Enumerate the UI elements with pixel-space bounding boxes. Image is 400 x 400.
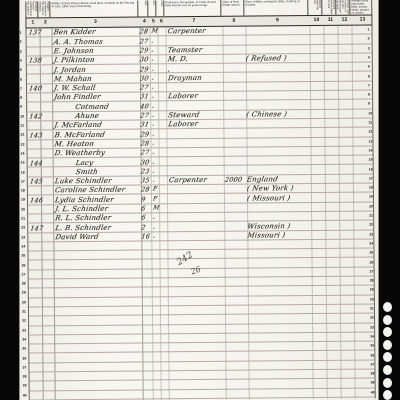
film-edge-mark	[383, 390, 392, 400]
header-col-1: Dwelling houses numbered in the order of…	[25, 1, 38, 17]
film-edge-mark	[383, 315, 392, 325]
line-number-left: 4	[20, 58, 22, 62]
line-number-right: 33	[370, 325, 374, 329]
dwelling-number: 138	[28, 57, 42, 65]
age-value: 29	[140, 130, 150, 138]
sex-value: ,	[152, 102, 155, 109]
person-name: J. Pilkinton	[53, 56, 95, 64]
age-value: 27	[139, 84, 149, 92]
line-number-right: 23	[369, 232, 373, 236]
dwelling-number: 145	[29, 178, 43, 186]
line-number-left: 11	[20, 124, 24, 128]
person-name: Ahune	[75, 112, 100, 120]
line-number-left: 19	[21, 198, 25, 202]
sex-value: ,	[151, 84, 154, 91]
line-number-left: 37	[22, 365, 26, 369]
line-number-left: 13	[20, 142, 24, 146]
sex-value: ,	[151, 65, 154, 72]
occupation-value: Teamster	[167, 46, 203, 54]
line-number-left: 30	[22, 300, 26, 304]
film-edge-mark	[383, 352, 392, 362]
sex-value: ,	[151, 37, 154, 44]
annotation-number-2: 26	[189, 265, 202, 277]
line-number-left: 20	[21, 207, 25, 211]
line-number-right: 34	[370, 334, 374, 338]
occupation-value: Drayman	[167, 74, 202, 82]
person-name: Ben Kidder	[53, 28, 96, 36]
line-number-left: 32	[22, 319, 26, 323]
birthplace-value: ( Chinese )	[246, 110, 288, 118]
census-row	[30, 388, 376, 400]
sex-value: ,	[152, 111, 155, 118]
person-name: Lacy	[75, 159, 94, 167]
age-value: 6	[140, 214, 146, 222]
person-name: Caroline Schindler	[54, 186, 126, 195]
line-number-left: 35	[22, 347, 26, 351]
census-page: Dwelling houses numbered in the order of…	[20, 0, 378, 400]
person-name: J. L. Schindler	[54, 205, 108, 213]
line-number-left: 9	[20, 105, 22, 109]
birthplace-value: England	[246, 176, 278, 184]
column-number-2: 2	[39, 19, 51, 25]
line-number-left: 34	[22, 337, 26, 341]
sex-value: ,	[153, 232, 156, 239]
line-number-left: 12	[20, 133, 24, 137]
line-number-right: 24	[369, 241, 373, 245]
line-number-right: 13	[368, 139, 372, 143]
line-number-left: 21	[21, 217, 25, 221]
header-col-8: Value of Real Estate owned.	[221, 0, 244, 16]
age-value: 30	[139, 56, 149, 64]
scan-border-right	[378, 0, 400, 400]
line-number-right: 10	[368, 111, 372, 115]
age-value: 31	[139, 93, 149, 101]
header-col-6: Color.	[156, 0, 164, 16]
line-number-right: 29	[370, 288, 374, 292]
dwelling-number: 147	[29, 224, 43, 232]
form-sheet: Dwelling houses numbered in the order of…	[25, 0, 375, 400]
person-name: Cotmand	[75, 103, 110, 111]
birthplace-value: ( New York )	[246, 185, 294, 193]
column-number-7: 7	[165, 18, 222, 24]
column-number-13: 13	[351, 16, 373, 22]
line-number-right: 36	[370, 353, 374, 357]
header-col-7: Profession, Occupation, or Trade of each…	[164, 0, 221, 16]
line-number-left: 38	[23, 375, 27, 379]
dwelling-number: 142	[28, 112, 42, 120]
line-number-left: 14	[21, 151, 25, 155]
person-name: B. McFarland	[54, 131, 106, 139]
line-number-right: 25	[369, 251, 373, 255]
header-col-4: Age.	[138, 0, 148, 16]
age-value: 30	[139, 74, 149, 82]
occupation-value: ,	[167, 65, 171, 73]
line-number-right: 11	[368, 120, 372, 124]
header-col-3: NAME of every Person whose usual place o…	[50, 1, 138, 18]
column-number-6: 6	[157, 18, 165, 24]
film-edge-mark	[383, 327, 392, 337]
line-number-right: 3	[368, 46, 370, 50]
line-number-right: 22	[369, 223, 373, 227]
line-number-left: 31	[22, 310, 26, 314]
line-number-left: 6	[20, 77, 22, 81]
line-number-left: 10	[20, 114, 24, 118]
film-edge-mark	[383, 302, 392, 312]
sex-value: ,	[152, 139, 155, 146]
age-value: 29	[139, 65, 149, 73]
dwelling-number: 140	[28, 85, 42, 93]
dwelling-number: 146	[29, 196, 43, 204]
sex-value: M	[152, 204, 160, 211]
sex-value: ,	[152, 130, 155, 137]
occupation-value: Carpenter	[168, 176, 207, 184]
line-number-right: 37	[370, 362, 374, 366]
person-name: M. Mahan	[53, 75, 92, 83]
form-grid: 137Ben Kidder28MCarpenterA. A. Thomas27,…	[25, 25, 375, 400]
column-number-5: 5	[149, 18, 157, 24]
occupation-value: Carpenter	[167, 27, 206, 35]
line-number-left: 36	[22, 356, 26, 360]
person-name: E. Johnson	[53, 47, 94, 55]
age-value: 23	[140, 167, 150, 175]
real-estate-value: 2000	[224, 176, 243, 184]
line-number-right: 19	[369, 195, 373, 199]
line-number-right: 5	[368, 65, 370, 69]
birthplace-value: Wisconsin )	[247, 222, 291, 230]
annotation-number: 242	[175, 250, 195, 268]
line-number-left: 2	[20, 40, 22, 44]
age-value: 16	[141, 232, 151, 240]
column-number-8: 8	[222, 18, 245, 24]
page-tilt-wrapper: Dwelling houses numbered in the order of…	[18, 0, 379, 400]
sex-value: ,	[151, 56, 154, 63]
age-value: 40	[140, 102, 150, 110]
line-number-left: 3	[20, 49, 22, 53]
person-name: R. L. Schindler	[54, 214, 111, 223]
line-number-left: 23	[21, 235, 25, 239]
line-number-right: 14	[369, 148, 373, 152]
occupation-value: Steward	[168, 111, 200, 119]
sex-value: F	[152, 186, 158, 193]
line-number-right: 1	[368, 28, 370, 32]
line-number-right: 2	[368, 37, 370, 41]
person-name: Smith	[75, 168, 98, 176]
header-col-2: Families numbered in the order of visita…	[38, 1, 50, 17]
line-number-right: 16	[369, 167, 373, 171]
film-edge-mark	[383, 340, 392, 350]
column-number-10: 10	[309, 17, 323, 23]
line-number-left: 27	[22, 272, 26, 276]
person-name: Luke Schindler	[54, 177, 112, 186]
header-col-9: Place of Birth, naming the State, Territ…	[244, 0, 308, 16]
occupation-value: Laborer	[168, 120, 199, 128]
person-name: J. McFarland	[54, 121, 103, 129]
person-name: M. Heaton	[54, 140, 95, 148]
line-number-left: 28	[22, 282, 26, 286]
line-number-left: 29	[22, 291, 26, 295]
line-number-right: 8	[368, 93, 370, 97]
age-value: 2	[141, 223, 147, 231]
line-number-right: 35	[370, 344, 374, 348]
handwritten-annotation: 242 26	[168, 252, 228, 293]
person-name: J. W. Schall	[53, 84, 96, 92]
person-name: D. Weatherby	[54, 149, 106, 157]
column-number-9: 9	[245, 17, 309, 24]
person-name: L. B. Schindler	[55, 223, 112, 231]
age-value: 28	[139, 28, 149, 36]
age-value: 29	[139, 46, 149, 54]
age-value: 28	[140, 139, 150, 147]
line-number-right: 15	[369, 158, 373, 162]
film-edge-mark	[383, 365, 392, 375]
line-number-left: 7	[20, 86, 22, 90]
line-number-left: 24	[21, 244, 25, 248]
age-value: 31	[140, 121, 150, 129]
column-number-12: 12	[337, 17, 351, 23]
birthplace-value: Missouri )	[247, 231, 286, 239]
film-edge-mark	[383, 378, 392, 388]
scan-border-left	[0, 0, 20, 400]
sex-value: ,	[153, 223, 156, 230]
line-number-left: 22	[21, 226, 25, 230]
line-number-left: 17	[21, 179, 25, 183]
column-number-11: 11	[323, 17, 337, 23]
sex-value: ,	[151, 74, 154, 81]
line-number-left: 40	[23, 393, 27, 397]
sex-value: ,	[152, 93, 155, 100]
sex-value: M	[151, 28, 159, 35]
age-value: 27	[140, 112, 150, 120]
age-value: 28	[140, 186, 150, 194]
line-number-left: 15	[21, 161, 25, 165]
line-number-right: 4	[368, 55, 370, 59]
line-number-left: 1	[20, 31, 22, 35]
line-number-right: 7	[368, 83, 370, 87]
sex-value: F	[152, 195, 158, 202]
line-number-left: 33	[22, 328, 26, 332]
person-name: A. A. Thomas	[53, 38, 104, 46]
person-name: J. Jordan	[53, 66, 86, 74]
person-name: John Findler	[53, 93, 101, 101]
line-number-right: 32	[370, 316, 374, 320]
column-number-3: 3	[51, 19, 139, 26]
sex-value: ,	[153, 214, 156, 221]
line-number-right: 38	[371, 372, 375, 376]
person-name: Lydia Schindler	[54, 196, 114, 205]
sex-value: ,	[151, 46, 154, 53]
age-value: 35	[140, 177, 150, 185]
occupation-value: M. D.	[167, 55, 189, 63]
header-col-5: Sex.	[148, 0, 156, 16]
line-number-right: 17	[369, 176, 373, 180]
dwelling-number: 137	[27, 29, 41, 37]
line-number-right: 39	[371, 381, 375, 385]
line-number-right: 31	[370, 306, 374, 310]
header-col-10: Married within the year.	[308, 0, 322, 15]
age-value: 9	[140, 195, 146, 203]
birthplace-value: ( Refused )	[245, 55, 287, 63]
line-number-right: 40	[371, 390, 375, 394]
header-col-12: Persons over 20 years of age who cannot …	[336, 0, 350, 15]
line-number-right: 26	[370, 260, 374, 264]
line-number-right: 28	[370, 279, 374, 283]
line-number-left: 16	[21, 170, 25, 174]
line-number-left: 18	[21, 189, 25, 193]
column-number-1: 1	[26, 19, 39, 25]
header-col-13: Whether deaf and dumb, blind, insane, id…	[350, 0, 372, 15]
line-number-right: 30	[370, 297, 374, 301]
dwelling-number: 144	[29, 159, 43, 167]
line-number-left: 26	[22, 263, 26, 267]
line-number-left: 39	[23, 384, 27, 388]
line-number-right: 6	[368, 74, 370, 78]
dwelling-number: 143	[28, 131, 42, 139]
sex-value: ,	[152, 167, 155, 174]
sex-value: ,	[152, 158, 155, 165]
column-number-4: 4	[139, 18, 149, 24]
sex-value: ,	[152, 149, 155, 156]
sex-value: ,	[152, 121, 155, 128]
line-number-right: 21	[369, 213, 373, 217]
age-value: 27	[139, 37, 149, 45]
age-value: 27	[140, 149, 150, 157]
line-number-left: 8	[20, 96, 22, 100]
line-number-right: 12	[368, 130, 372, 134]
age-value: 30	[140, 158, 150, 166]
line-number-right: 27	[370, 269, 374, 273]
line-number-right: 9	[368, 102, 370, 106]
line-number-left: 25	[21, 254, 25, 258]
header-col-11: Attended School within the year.	[322, 0, 336, 15]
line-number-right: 20	[369, 204, 373, 208]
line-number-left: 5	[20, 68, 22, 72]
birthplace-value: ( Missouri )	[246, 194, 291, 202]
sex-value: ,	[152, 177, 155, 184]
census-scan: Dwelling houses numbered in the order of…	[0, 0, 400, 400]
occupation-value: Laborer	[167, 92, 198, 100]
line-number-right: 18	[369, 186, 373, 190]
age-value: 6	[140, 205, 146, 213]
person-name: David Ward	[55, 233, 100, 241]
